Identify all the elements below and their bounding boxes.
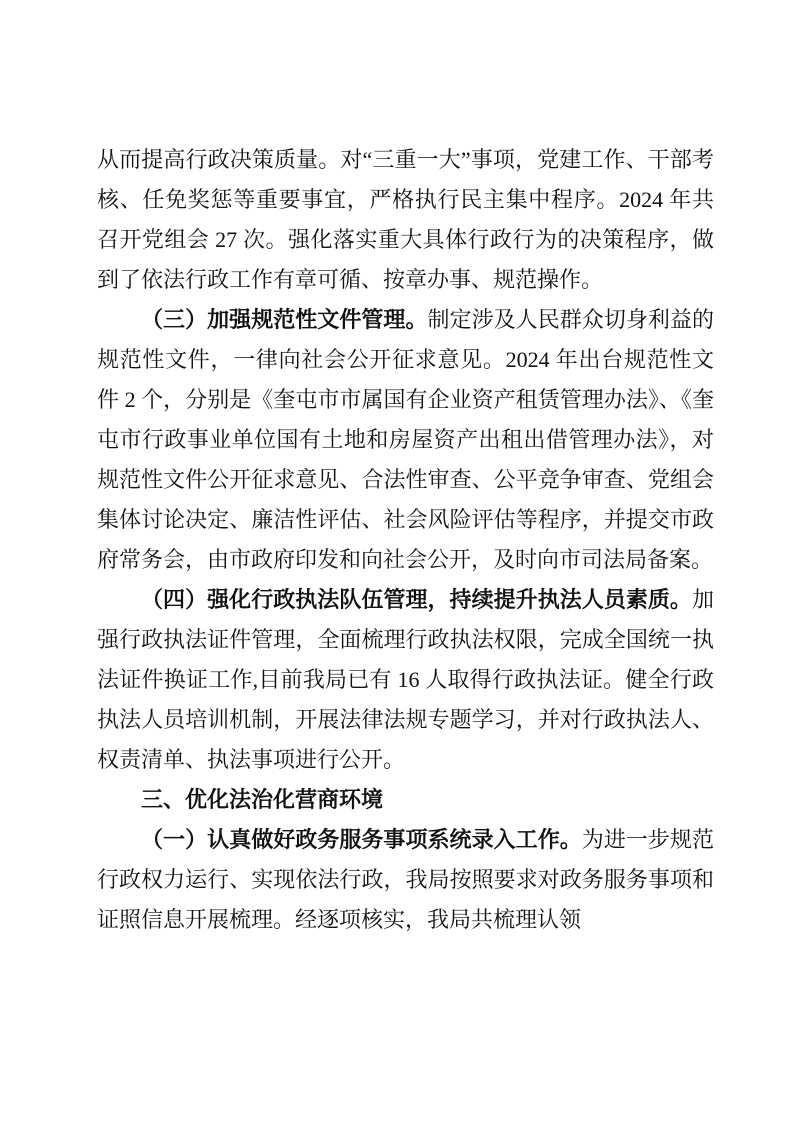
- paragraph-text: 从而提高行政决策质量。对“三重一大”事项，党建工作、干部考核、任免奖惩等重要事宜…: [97, 147, 714, 292]
- section-paragraph-1: （一）认真做好政务服务事项系统录入工作。为进一步规范行政权力运行、实现依法行政，…: [97, 820, 714, 940]
- paragraph-text: 加强行政执法证件管理，全面梳理行政执法权限，完成全国统一执法证件换证工作,目前我…: [97, 587, 714, 772]
- document-page: 从而提高行政决策质量。对“三重一大”事项，党建工作、干部考核、任免奖惩等重要事宜…: [0, 0, 793, 1122]
- section-heading: 三、优化法治化营商环境: [97, 780, 714, 820]
- paragraph-lead: （一）认真做好政务服务事项系统录入工作。: [141, 827, 582, 852]
- paragraph-lead: （四）强化行政执法队伍管理，持续提升执法人员素质。: [141, 587, 692, 612]
- section-paragraph-4: （四）强化行政执法队伍管理，持续提升执法人员素质。加强行政执法证件管理，全面梳理…: [97, 580, 714, 780]
- paragraph-text: 制定涉及人民群众切身利益的规范性文件，一律向社会公开征求意见。2024 年出台规…: [97, 307, 714, 572]
- heading-text: 三、优化法治化营商环境: [141, 787, 383, 812]
- page-content: 从而提高行政决策质量。对“三重一大”事项，党建工作、干部考核、任免奖惩等重要事宜…: [97, 140, 714, 940]
- paragraph-continuation: 从而提高行政决策质量。对“三重一大”事项，党建工作、干部考核、任免奖惩等重要事宜…: [97, 140, 714, 300]
- section-paragraph-3: （三）加强规范性文件管理。制定涉及人民群众切身利益的规范性文件，一律向社会公开征…: [97, 300, 714, 580]
- paragraph-lead: （三）加强规范性文件管理。: [141, 307, 428, 332]
